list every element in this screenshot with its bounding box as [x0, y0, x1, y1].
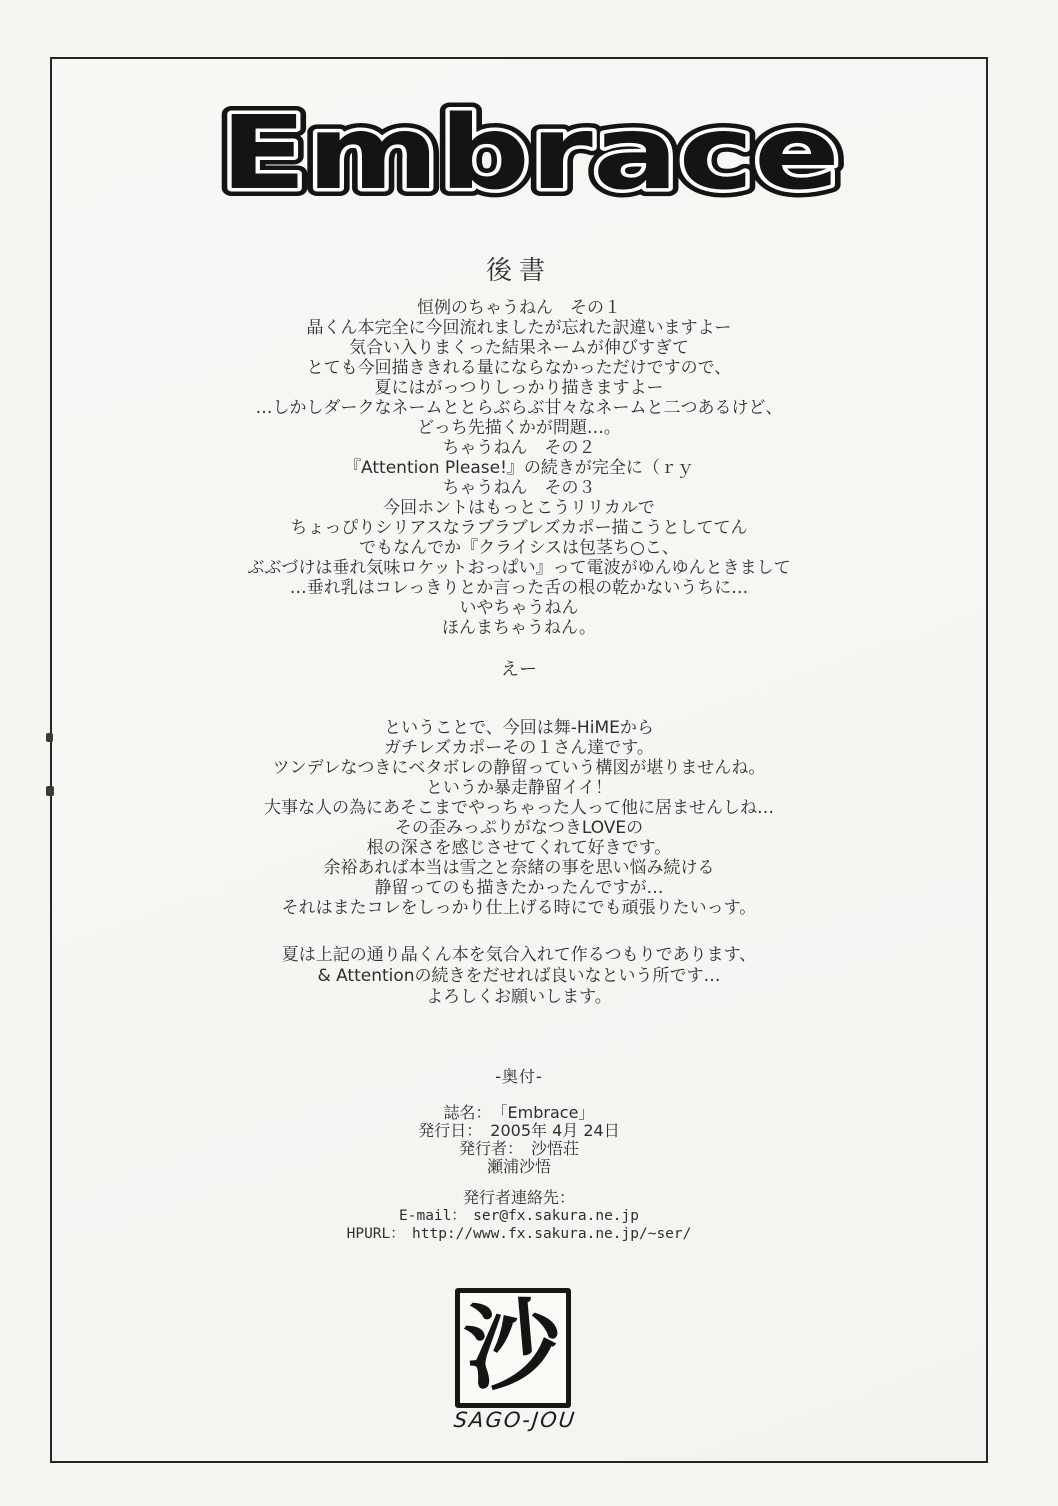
afterword-interlude: えー	[52, 660, 986, 680]
stamp-kanji: 沙	[461, 1294, 565, 1398]
afterword-paragraph-3: 夏は上記の通り晶くん本を気合入れて作るつもりであります、 & Attention…	[52, 945, 986, 1008]
afterword-heading: 後書	[52, 250, 986, 287]
circle-stamp-box: 沙	[455, 1288, 571, 1408]
afterword-paragraph-1: 恒例のちゃうねん その１ 晶くん本完全に今回流れましたが忘れた訳違いますよー 気…	[52, 298, 986, 638]
circle-name-romaji: SAGO-JOU	[407, 1408, 624, 1432]
afterword-paragraph-2: ということで、今回は舞-HiMEから ガチレズカポーその１さん達です。 ツンデレ…	[52, 718, 986, 918]
embrace-title-logo: Embrace Embrace Embrace	[175, 80, 885, 220]
embrace-logo-svg: Embrace Embrace Embrace	[175, 80, 885, 220]
contact-hpurl: HPURL： http://www.fx.sakura.ne.jp/~ser/	[52, 1222, 986, 1243]
colophon-publisher-name: 瀬浦沙悟	[52, 1154, 986, 1177]
embrace-logo-fill: Embrace	[220, 94, 840, 213]
colophon-title: -奥付-	[52, 1064, 986, 1087]
scanned-doujin-afterword-page: { "logo": { "text": "Embrace" }, "afterw…	[0, 0, 1058, 1506]
